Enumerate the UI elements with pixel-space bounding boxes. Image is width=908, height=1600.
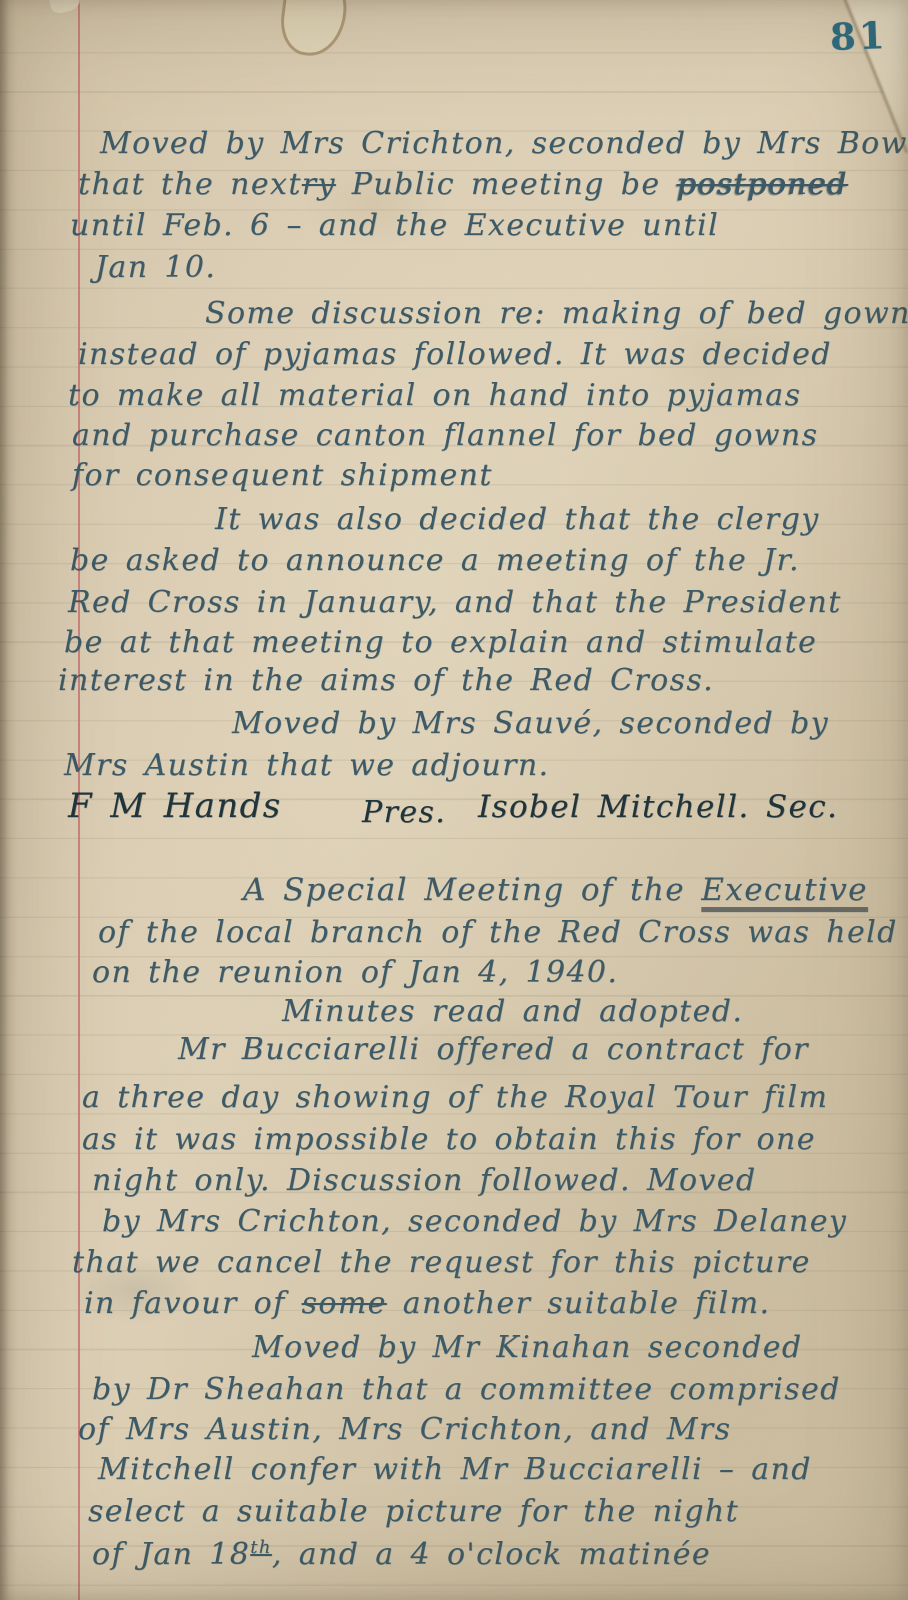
handwriting-line: A Special Meeting of the Executive	[243, 872, 868, 908]
handwriting-segment: select a suitable picture for the night	[88, 1494, 739, 1529]
handwriting-segment: Minutes read and adopted.	[282, 994, 743, 1029]
handwriting-segment: Mrs Austin that we adjourn.	[64, 748, 549, 783]
handwriting-line: on the reunion of Jan 4, 1940.	[92, 955, 618, 990]
handwriting-segment: A Special Meeting of the	[243, 872, 701, 908]
handwriting-segment: and purchase canton flannel for bed gown…	[72, 418, 818, 453]
handwriting-line: night only. Discussion followed. Moved	[92, 1163, 757, 1198]
handwriting-segment: Red Cross in January, and that the Presi…	[68, 585, 842, 620]
handwriting-line: a three day showing of the Royal Tour fi…	[82, 1080, 828, 1115]
handwriting-line: that we cancel the request for this pict…	[72, 1245, 811, 1280]
handwriting-segment: be asked to announce a meeting of the Jr…	[70, 543, 800, 578]
handwriting-segment: on the reunion of Jan 4, 1940.	[92, 955, 618, 990]
handwriting-line: to make all material on hand into pyjama…	[68, 378, 801, 413]
handwriting-line: F M Hands	[68, 786, 282, 826]
handwriting-segment: that the next	[78, 167, 302, 202]
handwriting-segment: of the local branch of the Red Cross was…	[98, 915, 898, 950]
handwriting-line: Minutes read and adopted.	[282, 994, 743, 1029]
handwriting-segment: that we cancel the request for this pict…	[72, 1245, 811, 1280]
handwriting-line: of the local branch of the Red Cross was…	[98, 915, 898, 950]
handwriting-segment: of Mrs Austin, Mrs Crichton, and Mrs	[78, 1412, 731, 1447]
handwriting-line: It was also decided that the clergy	[215, 502, 820, 537]
handwriting-line: as it was impossible to obtain this for …	[82, 1122, 816, 1157]
handwriting-segment: Moved by Mrs Crichton, seconded by Mrs B…	[100, 126, 908, 161]
notebook-page: 81 Moved by Mrs Crichton, seconded by Mr…	[0, 0, 908, 1600]
handwriting-line: Pres.	[362, 795, 446, 830]
handwriting-segment: Executive	[701, 872, 868, 908]
handwriting-line: for consequent shipment	[72, 458, 493, 493]
handwriting-line: Mr Bucciarelli offered a contract for	[178, 1032, 809, 1067]
handwriting-line: Moved by Mr Kinahan seconded	[252, 1330, 802, 1365]
handwriting-line: Jan 10.	[95, 250, 216, 285]
handwriting-segment: Moved by Mr Kinahan seconded	[252, 1330, 802, 1365]
handwriting-segment: in favour of	[84, 1286, 302, 1321]
handwriting-segment: Moved by Mrs Sauvé, seconded by	[232, 706, 829, 741]
handwriting-segment: , and a 4 o'clock matinée	[272, 1537, 711, 1572]
handwriting-segment: Public meeting be	[336, 167, 677, 202]
handwriting-segment: night only. Discussion followed. Moved	[92, 1163, 757, 1198]
handwriting-line: until Feb. 6 – and the Executive until	[70, 208, 719, 243]
handwriting-line: by Mrs Crichton, seconded by Mrs Delaney	[102, 1204, 847, 1239]
handwriting-segment: instead of pyjamas followed. It was deci…	[78, 337, 832, 372]
handwriting-segment: F M Hands	[68, 786, 282, 826]
handwriting-line: of Jan 18th, and a 4 o'clock matinée	[92, 1537, 711, 1572]
manuscript-text: Moved by Mrs Crichton, seconded by Mrs B…	[0, 0, 908, 1600]
handwriting-segment: ry	[302, 167, 336, 202]
handwriting-segment: be at that meeting to explain and stimul…	[64, 625, 817, 660]
handwriting-segment: It was also decided that the clergy	[215, 502, 820, 537]
handwriting-line: Mitchell confer with Mr Bucciarelli – an…	[98, 1452, 812, 1487]
handwriting-line: in favour of some another suitable film.	[84, 1286, 770, 1321]
handwriting-line: be asked to announce a meeting of the Jr…	[70, 543, 800, 578]
handwriting-line: of Mrs Austin, Mrs Crichton, and Mrs	[78, 1412, 731, 1447]
handwriting-line: Isobel Mitchell. Sec.	[478, 789, 838, 825]
handwriting-segment: of Jan 18	[92, 1537, 250, 1572]
handwriting-segment: another suitable film.	[387, 1286, 771, 1321]
handwriting-line: Some discussion re: making of bed gowns	[205, 296, 908, 331]
handwriting-segment: by Dr Sheahan that a committee comprised	[92, 1372, 841, 1407]
handwriting-line: Moved by Mrs Sauvé, seconded by	[232, 706, 829, 741]
handwriting-segment: Mitchell confer with Mr Bucciarelli – an…	[98, 1452, 812, 1487]
handwriting-segment: postponed	[676, 167, 847, 202]
handwriting-segment: some	[302, 1286, 387, 1321]
handwriting-segment: interest in the aims of the Red Cross.	[58, 663, 714, 698]
handwriting-line: Red Cross in January, and that the Presi…	[68, 585, 842, 620]
handwriting-segment: for consequent shipment	[72, 458, 493, 493]
handwriting-segment: to make all material on hand into pyjama…	[68, 378, 801, 413]
handwriting-line: select a suitable picture for the night	[88, 1494, 739, 1529]
handwriting-segment: Pres.	[362, 795, 446, 830]
handwriting-line: instead of pyjamas followed. It was deci…	[78, 337, 832, 372]
handwriting-segment: a three day showing of the Royal Tour fi…	[82, 1080, 828, 1115]
handwriting-line: by Dr Sheahan that a committee comprised	[92, 1372, 841, 1407]
handwriting-line: and purchase canton flannel for bed gown…	[72, 418, 818, 453]
handwriting-segment: Mr Bucciarelli offered a contract for	[178, 1032, 809, 1067]
handwriting-segment: as it was impossible to obtain this for …	[82, 1122, 816, 1157]
handwriting-line: be at that meeting to explain and stimul…	[64, 625, 817, 660]
handwriting-segment: Some discussion re: making of bed gowns	[205, 296, 908, 331]
handwriting-segment: by Mrs Crichton, seconded by Mrs Delaney	[102, 1204, 847, 1239]
handwriting-segment: Isobel Mitchell. Sec.	[478, 789, 838, 825]
handwriting-line: Mrs Austin that we adjourn.	[64, 748, 549, 783]
handwriting-segment: th	[250, 1537, 272, 1558]
handwriting-line: interest in the aims of the Red Cross.	[58, 663, 714, 698]
handwriting-segment: until Feb. 6 – and the Executive until	[70, 208, 719, 243]
handwriting-line: Moved by Mrs Crichton, seconded by Mrs B…	[100, 126, 908, 161]
handwriting-line: that the nextry Public meeting be postpo…	[78, 167, 847, 202]
handwriting-segment: Jan 10.	[95, 250, 216, 285]
